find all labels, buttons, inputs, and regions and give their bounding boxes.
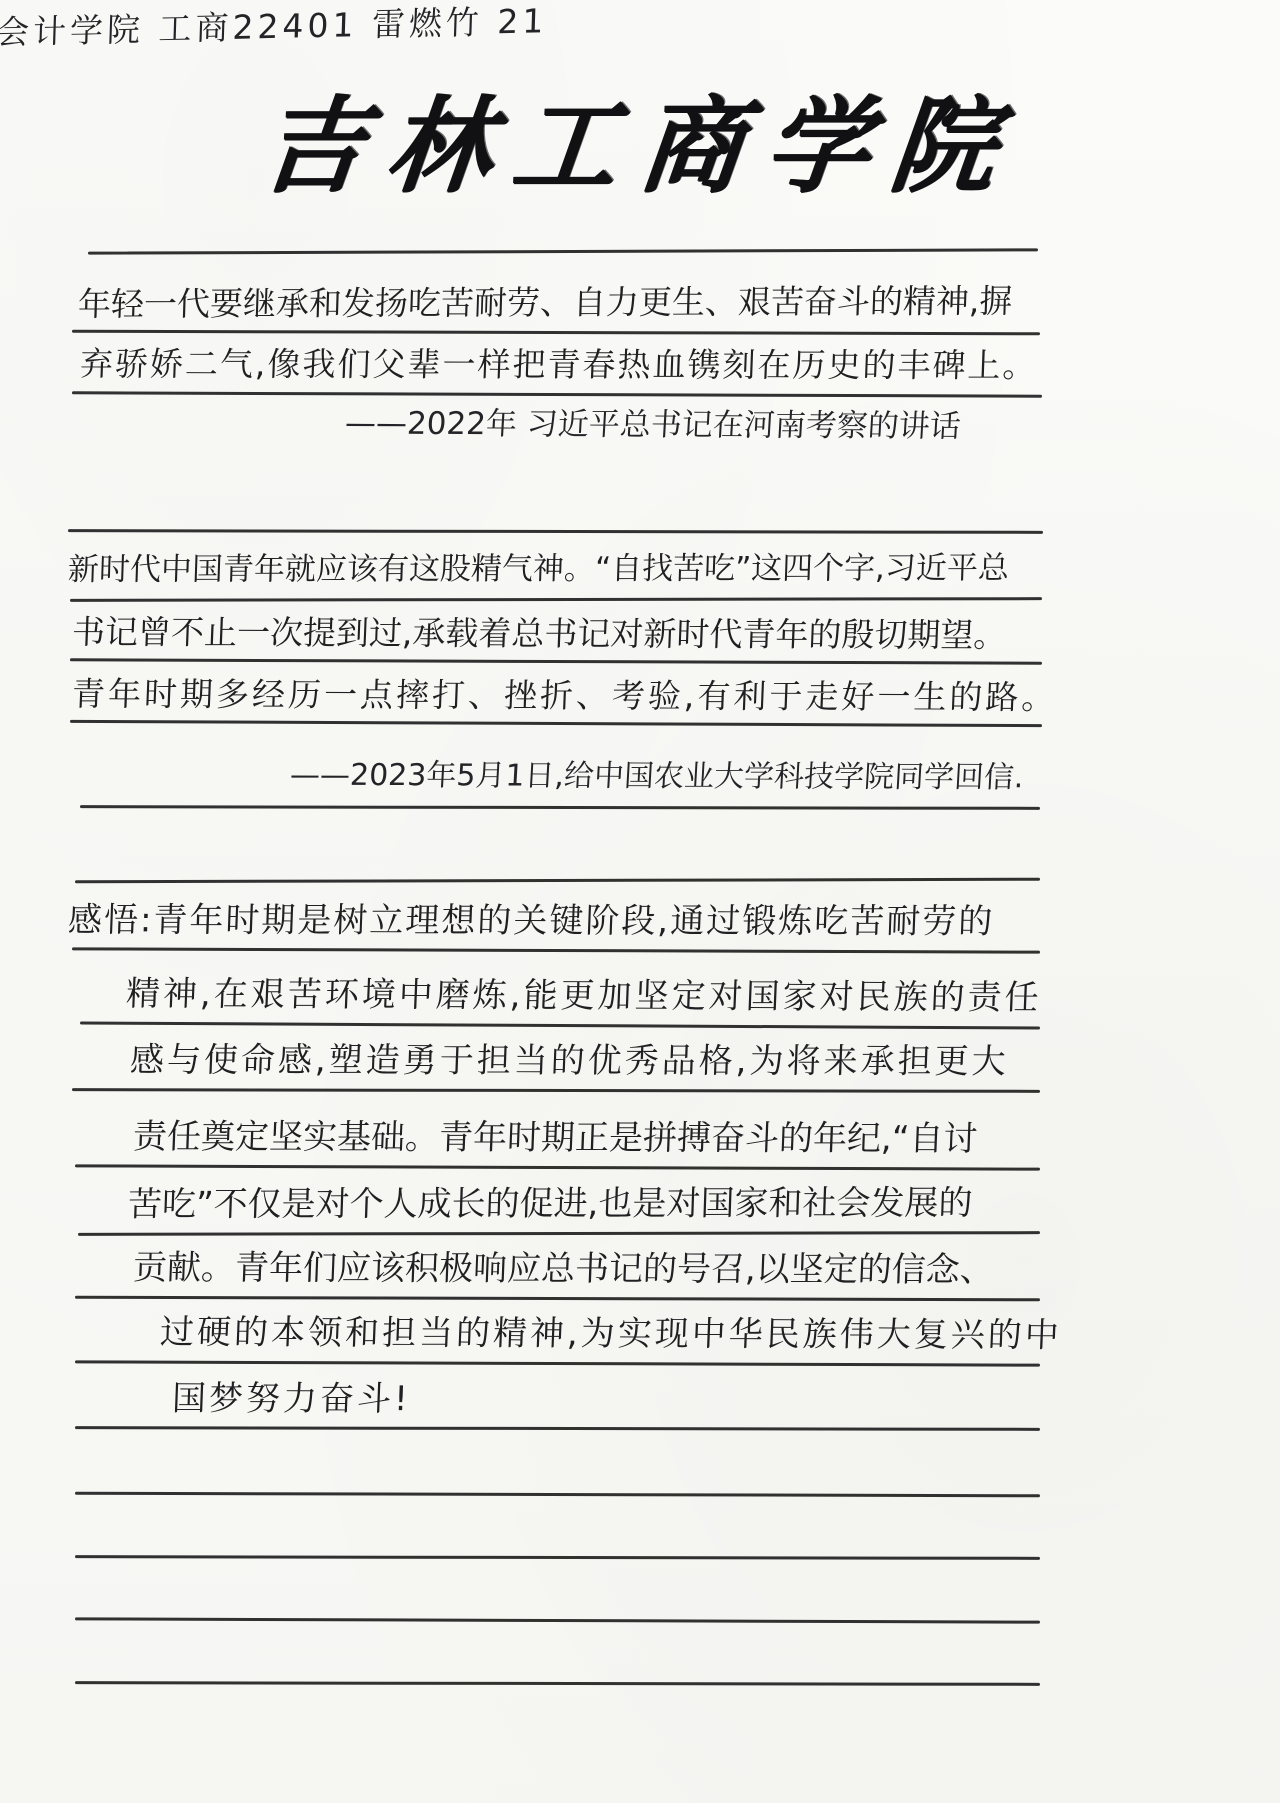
handwritten-line: 年轻一代要继承和发扬吃苦耐劳、自力更生、艰苦奋斗的精神,摒: [77, 280, 1013, 325]
ruled-line: [70, 597, 1042, 602]
ruled-line: [78, 1231, 1040, 1236]
ruled-line: [72, 330, 1040, 336]
ruled-line: [80, 1021, 1040, 1029]
quote-attribution: ——2022年 习近平总书记在河南考察的讲话: [344, 404, 962, 446]
ruled-line: [75, 1296, 1040, 1302]
handwritten-line: 苦吃”不仅是对个人成长的促进,也是对国家和社会发展的: [127, 1182, 973, 1226]
ruled-line: [72, 1088, 1040, 1093]
ruled-line: [75, 1164, 1040, 1170]
ruled-line: [75, 1360, 1040, 1366]
handwritten-line: 感与使命感,塑造勇于担当的优秀品格,为将来承担更大: [129, 1039, 1009, 1083]
ruled-line: [75, 1492, 1040, 1498]
ruled-line: [75, 1681, 1040, 1686]
handwritten-line: 责任奠定坚实基础。青年时期正是拼搏奋斗的年纪,“自讨: [132, 1116, 978, 1161]
handwritten-line: 新时代中国青年就应该有这股精气神。“自找苦吃”这四个字,习近平总: [67, 549, 1009, 589]
handwritten-line: 贡献。青年们应该积极响应总书记的号召,以坚定的信念、: [132, 1247, 994, 1292]
page-title: 吉林工商学院: [0, 62, 1280, 212]
ruled-line: [75, 878, 1040, 884]
ruled-line: [80, 805, 1040, 810]
handwritten-line: 精神,在艰苦环境中磨炼,能更加坚定对国家对民族的责任: [125, 973, 1042, 1019]
ruled-line: [72, 391, 1042, 397]
handwritten-line: 青年时期多经历一点摔打、挫折、考验,有利于走好一生的路。: [71, 673, 1058, 718]
quote-attribution: ——2023年5月1日,给中国农业大学科技学院同学回信.: [289, 757, 1025, 797]
handwritten-line: 书记曾不止一次提到过,承载着总书记对新时代青年的殷切期望。: [71, 611, 1007, 656]
ruled-line: [75, 1617, 1040, 1623]
handwritten-line: 过硬的本领和担当的精神,为实现中华民族伟大复兴的中: [159, 1311, 1062, 1357]
header-note: 会计学院 工商22401 雷燃竹 21: [0, 0, 548, 53]
ruled-line: [88, 248, 1038, 254]
ruled-line: [75, 1426, 1040, 1431]
notebook-page: 会计学院 工商22401 雷燃竹 21 吉林工商学院 年轻一代要继承和发扬吃苦耐…: [0, 0, 1280, 1803]
ruled-line: [70, 658, 1042, 664]
handwritten-line: 感悟:青年时期是树立理想的关键阶段,通过锻炼吃苦耐劳的: [67, 899, 995, 943]
ruled-line: [72, 947, 1040, 953]
ruled-line: [68, 529, 1043, 534]
handwritten-line: 弃骄娇二气,像我们父辈一样把青春热血镌刻在历史的丰碑上。: [79, 343, 1038, 386]
ruled-line: [70, 720, 1042, 727]
ruled-line: [75, 1555, 1040, 1560]
handwritten-line: 国梦努力奋斗!: [171, 1378, 411, 1421]
